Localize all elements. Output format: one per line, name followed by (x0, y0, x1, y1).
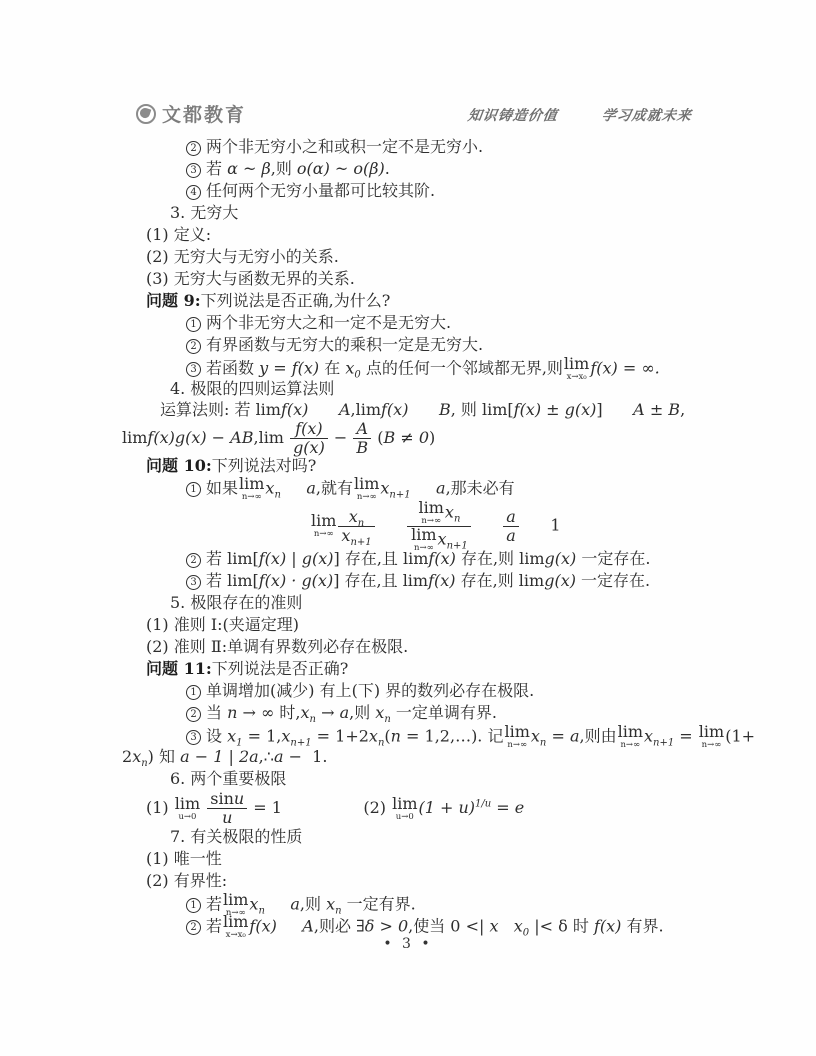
fraction: limn→∞xnlimn→∞xn+1 (407, 500, 471, 552)
circled-number: 2 (186, 141, 201, 156)
text-line: 2若limx→x₀f(x) A,则必 ∃δ > 0,使当 0 <| x x0 |… (122, 914, 702, 936)
text-line: 1单调增加(减少) 有上(下) 界的数列必存在极限. (122, 680, 702, 702)
circled-number: 3 (186, 730, 201, 745)
text-line: (1) 准则 Ⅰ:(夹逼定理) (122, 614, 702, 636)
text-line: 运算法则: 若 limf(x) A,limf(x) B, 则 lim[f(x) … (122, 400, 702, 420)
circled-number: 2 (186, 707, 201, 722)
section-6-heading: 6. 两个重要极限 (122, 768, 702, 790)
section-3-heading: 3. 无穷大 (122, 202, 702, 224)
limit-operator: limx→x₀ (564, 356, 589, 382)
limit-operator: limn→∞ (618, 724, 643, 750)
circled-number: 1 (186, 685, 201, 700)
circled-number: 1 (186, 898, 201, 913)
circled-number: 2 (186, 920, 201, 935)
circled-number: 3 (186, 163, 201, 178)
circled-number: 2 (186, 339, 201, 354)
section-7-heading: 7. 有关极限的性质 (122, 826, 702, 848)
circled-number: 1 (186, 317, 201, 332)
text-line: 4任何两个无穷小量都可比较其阶. (122, 180, 702, 202)
page: 文都教育 知识铸造价值 学习成就未来 2两个非无穷小之和或积一定不是无穷小.3若… (0, 0, 816, 1056)
limit-operator: limn→∞ (419, 500, 444, 526)
text-line: 2xn) 知 a − 1 | 2a,∴a − 1. (122, 746, 702, 768)
page-footer: • 3 • (0, 936, 816, 952)
circled-number: 4 (186, 185, 201, 200)
text-line: (2) 无穷大与无穷小的关系. (122, 246, 702, 268)
text-line: 1若limn→∞xn a,则 xn 一定有界. (122, 892, 702, 914)
text-line: 3若函数 y = f(x) 在 x0 点的任何一个邻域都无界,则limx→x₀f… (122, 356, 702, 378)
limit-operator: limn→∞ (239, 476, 264, 502)
fraction: sinuu (207, 790, 247, 827)
fraction: AB (353, 420, 371, 457)
page-number: • 3 • (383, 936, 432, 952)
text-line: 3若 α ~ β,则 o(α) ~ o(β). (122, 158, 702, 180)
text-line: (3) 无穷大与函数无界的关系. (122, 268, 702, 290)
circled-number: 3 (186, 575, 201, 590)
page-header: 文都教育 知识铸造价值 学习成就未来 (0, 0, 816, 40)
important-limits: (1) limu→0 sinuu = 1 (2) limu→0(1 + u)1/… (122, 790, 702, 826)
limit-operator: limn→∞ (311, 513, 336, 539)
limit-operator: limn→∞ (699, 724, 724, 750)
fraction: xnxn+1 (338, 508, 374, 545)
text-line: (1) 定义: (122, 224, 702, 246)
slogan-right: 学习成就未来 (601, 105, 694, 125)
text-line: 2有界函数与无穷大的乘积一定是无穷大. (122, 334, 702, 356)
question-9: 问题 9:下列说法是否正确,为什么? (122, 290, 702, 312)
text-line: 1两个非无穷大之和一定不是无穷大. (122, 312, 702, 334)
fraction: f(x)g(x) (290, 420, 328, 457)
text-line: limf(x)g(x) − AB,lim f(x)g(x) − AB (B ≠ … (122, 420, 702, 456)
limit-operator: limn→∞ (504, 724, 529, 750)
header-slogan: 知识铸造价值 学习成就未来 (467, 105, 694, 125)
text-line: 1如果limn→∞xn a,就有limn→∞xn+1 a,那未必有 (122, 476, 702, 500)
logo-text: 文都教育 (162, 100, 246, 127)
section-4-heading: 4. 极限的四则运算法则 (122, 378, 702, 400)
text-line: (1) 唯一性 (122, 848, 702, 870)
text-line: (2) 有界性: (122, 870, 702, 892)
limit-formula: limn→∞xnxn+1 limn→∞xnlimn→∞xn+1 aa 1 (122, 500, 702, 548)
limit-operator: limn→∞ (354, 476, 379, 502)
question-10: 问题 10:下列说法对吗? (122, 456, 702, 476)
limit-operator: limu→0 (392, 796, 417, 822)
text-line: 3设 x1 = 1,xn+1 = 1+2xn(n = 1,2,…). 记limn… (122, 724, 702, 746)
fraction: aa (503, 508, 519, 545)
circled-number: 3 (186, 362, 201, 377)
document-body: 2两个非无穷小之和或积一定不是无穷小.3若 α ~ β,则 o(α) ~ o(β… (122, 136, 702, 936)
text-line: 3若 lim[f(x) · g(x)] 存在,且 limf(x) 存在,则 li… (122, 570, 702, 592)
limit-operator: limu→0 (175, 796, 200, 822)
text-line: 2两个非无穷小之和或积一定不是无穷小. (122, 136, 702, 158)
wendu-logo-icon (136, 104, 156, 124)
text-line: (2) 准则 Ⅱ:单调有界数列必存在极限. (122, 636, 702, 658)
circled-number: 2 (186, 553, 201, 568)
slogan-left: 知识铸造价值 (467, 105, 560, 125)
circled-number: 1 (186, 482, 201, 497)
question-11: 问题 11:下列说法是否正确? (122, 658, 702, 680)
section-5-heading: 5. 极限存在的准则 (122, 592, 702, 614)
text-line: 2当 n → ∞ 时,xn → a,则 xn 一定单调有界. (122, 702, 702, 724)
wendu-logo: 文都教育 (136, 100, 246, 127)
text-line: 2若 lim[f(x) | g(x)] 存在,且 limf(x) 存在,则 li… (122, 548, 702, 570)
